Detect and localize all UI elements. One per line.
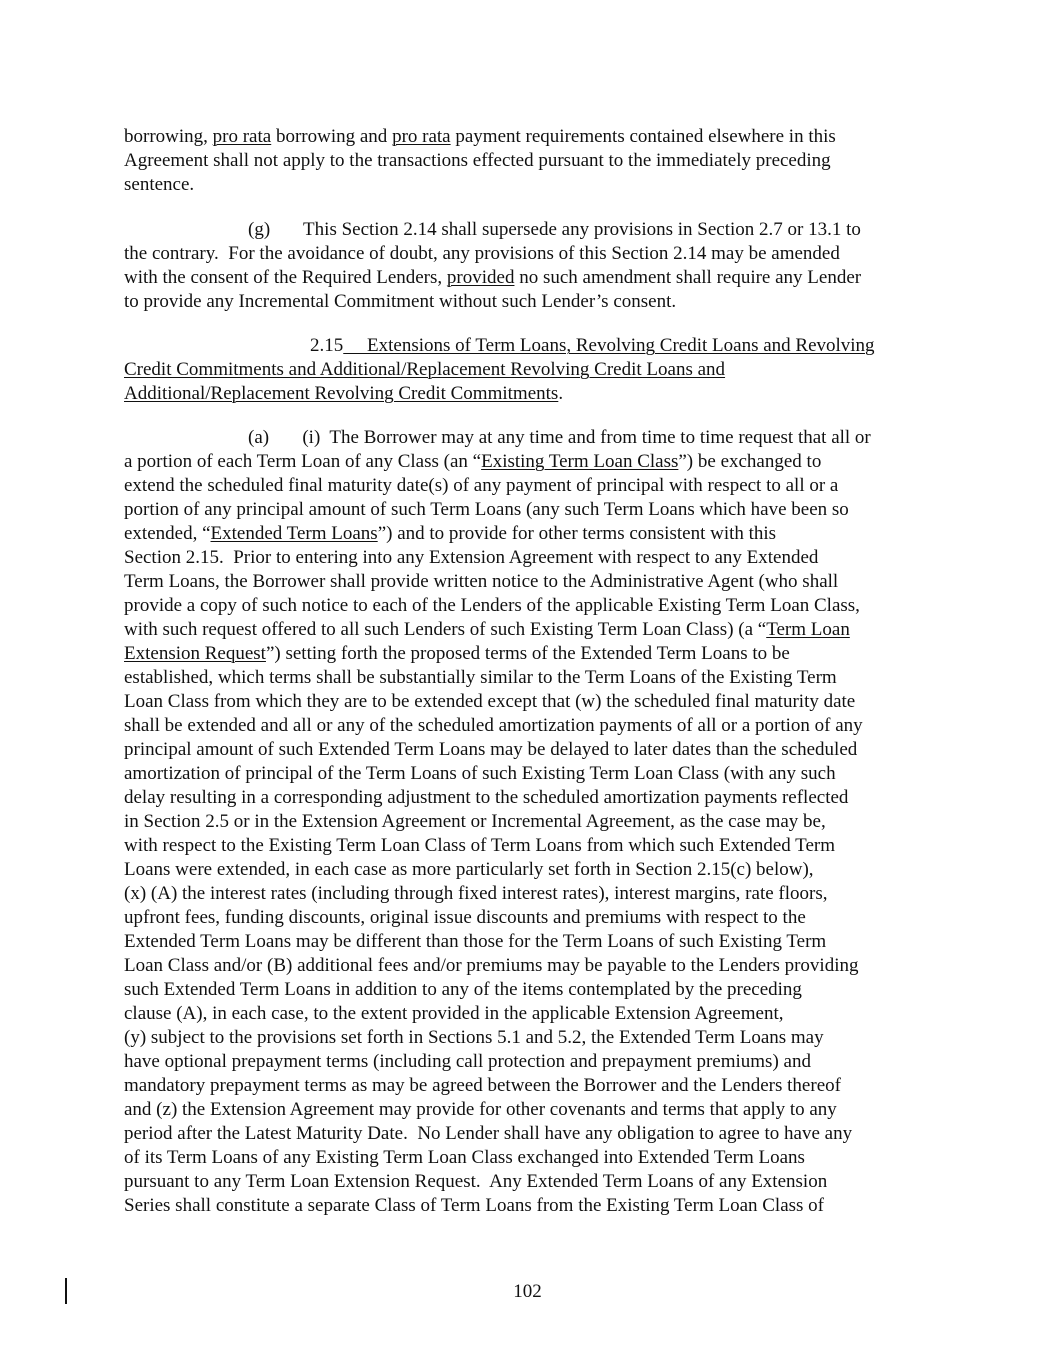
- text-line: of its Term Loans of any Existing Term L…: [124, 1146, 805, 1170]
- text-segment: portion of any principal amount of such …: [124, 499, 849, 520]
- text-segment: Loans were extended, in each case as mor…: [124, 859, 814, 880]
- defined-term: Credit Commitments and Additional/Replac…: [124, 359, 725, 380]
- text-line: Additional/Replacement Revolving Credit …: [124, 382, 563, 406]
- text-line: Credit Commitments and Additional/Replac…: [124, 358, 725, 382]
- text-segment: with the consent of the Required Lenders…: [124, 267, 447, 288]
- text-line: a portion of each Term Loan of any Class…: [124, 450, 821, 474]
- text-line: Agreement shall not apply to the transac…: [124, 149, 831, 173]
- defined-term: pro rata: [392, 126, 451, 147]
- text-segment: delay resulting in a corresponding adjus…: [124, 787, 848, 808]
- defined-term: pro rata: [213, 126, 272, 147]
- document-page: borrowing, pro rata borrowing and pro ra…: [0, 0, 1055, 1365]
- text-line: the contrary. For the avoidance of doubt…: [124, 242, 840, 266]
- text-segment: pursuant to any Term Loan Extension Requ…: [124, 1171, 827, 1192]
- text-segment: ”) be exchanged to: [678, 451, 821, 472]
- page-number: 102: [0, 1280, 1055, 1304]
- text-segment: 2.15: [310, 335, 343, 356]
- text-segment: Loan Class and/or (B) additional fees an…: [124, 955, 858, 976]
- defined-term: Extensions of Term Loans, Revolving Cred…: [343, 335, 874, 356]
- text-segment: ”) and to provide for other terms consis…: [378, 523, 776, 544]
- text-line: provide a copy of such notice to each of…: [124, 594, 860, 618]
- text-segment: Term Loans, the Borrower shall provide w…: [124, 571, 838, 592]
- text-segment: Loan Class from which they are to be ext…: [124, 691, 855, 712]
- defined-term: Extended Term Loans: [211, 523, 378, 544]
- text-line: such Extended Term Loans in addition to …: [124, 978, 802, 1002]
- text-segment: provide a copy of such notice to each of…: [124, 595, 860, 616]
- text-segment: with respect to the Existing Term Loan C…: [124, 835, 835, 856]
- text-segment: extend the scheduled final maturity date…: [124, 475, 838, 496]
- text-line: Series shall constitute a separate Class…: [124, 1194, 824, 1218]
- text-line: with the consent of the Required Lenders…: [124, 266, 861, 290]
- text-segment: Agreement shall not apply to the transac…: [124, 150, 831, 171]
- text-segment: Section 2.15. Prior to entering into any…: [124, 547, 818, 568]
- text-segment: (g) This Section 2.14 shall supersede an…: [248, 219, 861, 240]
- defined-term: Extension Request: [124, 643, 266, 664]
- text-line: in Section 2.5 or in the Extension Agree…: [124, 810, 826, 834]
- text-segment: and (z) the Extension Agreement may prov…: [124, 1099, 837, 1120]
- text-segment: borrowing,: [124, 126, 213, 147]
- text-line: Loan Class and/or (B) additional fees an…: [124, 954, 858, 978]
- text-line: clause (A), in each case, to the extent …: [124, 1002, 783, 1026]
- text-line: period after the Latest Maturity Date. N…: [124, 1122, 852, 1146]
- text-line: with respect to the Existing Term Loan C…: [124, 834, 835, 858]
- text-line: Loan Class from which they are to be ext…: [124, 690, 855, 714]
- text-segment: shall be extended and all or any of the …: [124, 715, 863, 736]
- text-line: 2.15 Extensions of Term Loans, Revolving…: [310, 334, 875, 358]
- text-segment: period after the Latest Maturity Date. N…: [124, 1123, 852, 1144]
- text-line: with such request offered to all such Le…: [124, 618, 850, 642]
- text-line: mandatory prepayment terms as may be agr…: [124, 1074, 841, 1098]
- text-segment: sentence.: [124, 174, 194, 195]
- text-segment: have optional prepayment terms (includin…: [124, 1051, 811, 1072]
- text-segment: (y) subject to the provisions set forth …: [124, 1027, 824, 1048]
- defined-term: Existing Term Loan Class: [481, 451, 678, 472]
- text-line: Loans were extended, in each case as mor…: [124, 858, 814, 882]
- text-line: and (z) the Extension Agreement may prov…: [124, 1098, 837, 1122]
- text-segment: (x) (A) the interest rates (including th…: [124, 883, 827, 904]
- text-segment: clause (A), in each case, to the extent …: [124, 1003, 783, 1024]
- text-line: sentence.: [124, 173, 194, 197]
- text-line: Extended Term Loans may be different tha…: [124, 930, 826, 954]
- text-segment: the contrary. For the avoidance of doubt…: [124, 243, 840, 264]
- text-line: shall be extended and all or any of the …: [124, 714, 863, 738]
- text-line: extend the scheduled final maturity date…: [124, 474, 838, 498]
- text-segment: .: [558, 383, 563, 404]
- text-line: Extension Request”) setting forth the pr…: [124, 642, 790, 666]
- text-line: delay resulting in a corresponding adjus…: [124, 786, 848, 810]
- text-segment: Extended Term Loans may be different tha…: [124, 931, 826, 952]
- text-line: borrowing, pro rata borrowing and pro ra…: [124, 125, 836, 149]
- text-segment: of its Term Loans of any Existing Term L…: [124, 1147, 805, 1168]
- text-line: Section 2.15. Prior to entering into any…: [124, 546, 818, 570]
- text-line: portion of any principal amount of such …: [124, 498, 849, 522]
- text-segment: upfront fees, funding discounts, origina…: [124, 907, 806, 928]
- text-segment: with such request offered to all such Le…: [124, 619, 766, 640]
- text-line: amortization of principal of the Term Lo…: [124, 762, 836, 786]
- text-segment: payment requirements contained elsewhere…: [451, 126, 836, 147]
- text-segment: principal amount of such Extended Term L…: [124, 739, 857, 760]
- defined-term: Term Loan: [766, 619, 850, 640]
- text-segment: (a) (i) The Borrower may at any time and…: [248, 427, 871, 448]
- text-line: Term Loans, the Borrower shall provide w…: [124, 570, 838, 594]
- text-line: (g) This Section 2.14 shall supersede an…: [248, 218, 861, 242]
- text-segment: in Section 2.5 or in the Extension Agree…: [124, 811, 826, 832]
- text-line: upfront fees, funding discounts, origina…: [124, 906, 806, 930]
- text-segment: such Extended Term Loans in addition to …: [124, 979, 802, 1000]
- text-line: to provide any Incremental Commitment wi…: [124, 290, 676, 314]
- text-line: principal amount of such Extended Term L…: [124, 738, 857, 762]
- text-segment: extended, “: [124, 523, 211, 544]
- text-segment: no such amendment shall require any Lend…: [514, 267, 861, 288]
- text-line: established, which terms shall be substa…: [124, 666, 837, 690]
- text-segment: mandatory prepayment terms as may be agr…: [124, 1075, 841, 1096]
- defined-term: Additional/Replacement Revolving Credit …: [124, 383, 558, 404]
- text-segment: established, which terms shall be substa…: [124, 667, 837, 688]
- text-segment: ”) setting forth the proposed terms of t…: [266, 643, 790, 664]
- text-segment: to provide any Incremental Commitment wi…: [124, 291, 676, 312]
- text-segment: Series shall constitute a separate Class…: [124, 1195, 824, 1216]
- text-line: extended, “Extended Term Loans”) and to …: [124, 522, 776, 546]
- text-line: pursuant to any Term Loan Extension Requ…: [124, 1170, 827, 1194]
- text-segment: borrowing and: [271, 126, 392, 147]
- text-segment: amortization of principal of the Term Lo…: [124, 763, 836, 784]
- text-line: (a) (i) The Borrower may at any time and…: [248, 426, 871, 450]
- text-line: (y) subject to the provisions set forth …: [124, 1026, 824, 1050]
- text-line: (x) (A) the interest rates (including th…: [124, 882, 827, 906]
- text-line: have optional prepayment terms (includin…: [124, 1050, 811, 1074]
- defined-term: provided: [447, 267, 515, 288]
- text-segment: a portion of each Term Loan of any Class…: [124, 451, 481, 472]
